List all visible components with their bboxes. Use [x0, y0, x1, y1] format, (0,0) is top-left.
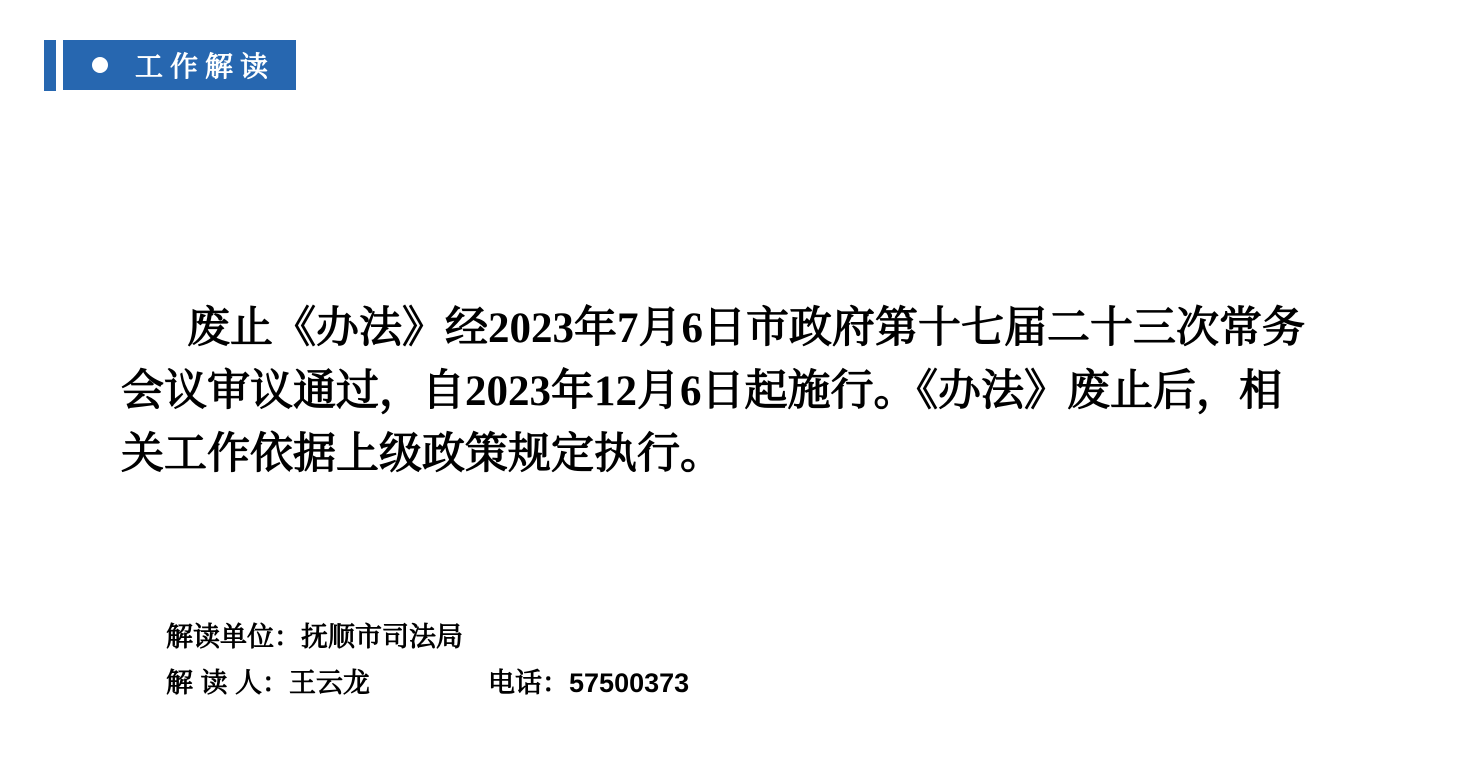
phone-value: 57500373	[569, 660, 689, 706]
person-label: 解 读 人：	[166, 660, 289, 706]
body-line-2: 会议审议通过，自2023年12月6日起施行。《办法》废止后，相	[121, 360, 1331, 423]
bullet-icon	[92, 57, 108, 73]
interpretation-unit-line: 解读单位： 抚顺市司法局	[166, 614, 689, 660]
phone-label: 电话：	[488, 660, 569, 706]
body-line-1: 废止《办法》经2023年7月6日市政府第十七届二十三次常务	[121, 297, 1331, 360]
interpreter-line: 解 读 人： 王云龙 电话：57500373	[166, 660, 689, 706]
interpretation-info: 解读单位： 抚顺市司法局 解 读 人： 王云龙 电话：57500373	[166, 614, 689, 706]
document-page: 工作解读 废止《办法》经2023年7月6日市政府第十七届二十三次常务 会议审议通…	[0, 0, 1471, 784]
unit-value: 抚顺市司法局	[301, 614, 463, 660]
body-line-3: 关工作依据上级政策规定执行。	[121, 423, 1331, 486]
section-title: 工作解读	[135, 45, 275, 85]
person-value: 王云龙	[289, 660, 370, 706]
header-accent-bar	[44, 40, 56, 91]
body-paragraph: 废止《办法》经2023年7月6日市政府第十七届二十三次常务 会议审议通过，自20…	[121, 297, 1331, 486]
phone-group: 电话：57500373	[488, 660, 689, 706]
section-header-badge: 工作解读	[63, 40, 296, 90]
unit-label: 解读单位：	[166, 614, 301, 660]
